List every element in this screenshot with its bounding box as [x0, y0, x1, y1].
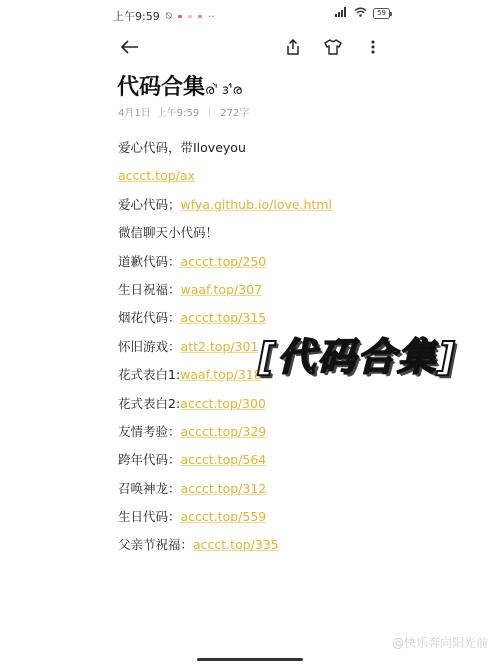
line-label: 花式表白1: [118, 367, 180, 382]
arrow-left-icon [121, 40, 139, 54]
note-line: 爱心代码，带Iloveyou [118, 138, 332, 166]
more-vertical-icon [371, 40, 375, 54]
line-label: 爱心代码，带Iloveyou [118, 140, 246, 155]
divider [209, 107, 210, 117]
notification-icon [198, 15, 202, 18]
line-link[interactable]: accct.top/559 [181, 509, 267, 524]
line-label: 微信聊天小代码！ [118, 225, 218, 240]
signal-icon [334, 7, 348, 20]
line-label: 父亲节祝福： [118, 537, 193, 552]
line-label: 烟花代码： [118, 310, 181, 325]
word-count: 272字 [220, 104, 249, 119]
back-button[interactable] [119, 36, 141, 58]
note-time: 上午9:59 [157, 104, 199, 119]
note-line: 微信聊天小代码！ [118, 223, 332, 251]
line-label: 生日祝福： [118, 282, 181, 297]
notification-icon [178, 15, 182, 18]
tshirt-icon [324, 39, 342, 55]
note-line: 父亲节祝福：accct.top/335 [118, 535, 332, 563]
line-label: 怀旧游戏： [118, 339, 181, 354]
share-button[interactable] [282, 36, 304, 58]
note-line: 花式表白2:accct.top/300 [118, 394, 332, 422]
toolbar [0, 30, 500, 62]
note-line: 生日祝福：waaf.top/307 [118, 280, 332, 308]
watermark: @快乐奔向阳光前 [392, 634, 488, 651]
line-label: 召唤神龙： [118, 481, 181, 496]
line-label: 跨年代码： [118, 452, 181, 467]
line-link[interactable]: accct.top/312 [181, 481, 267, 496]
note-date: 4月1日 [118, 104, 151, 119]
note-line: accct.top/ax [118, 166, 332, 194]
line-label: 友情考验： [118, 424, 181, 439]
line-link[interactable]: waaf.top/318 [180, 367, 262, 382]
note-line: 生日代码：accct.top/559 [118, 507, 332, 535]
share-icon [286, 39, 300, 55]
line-label: 生日代码： [118, 509, 181, 524]
note-line: 召唤神龙：accct.top/312 [118, 479, 332, 507]
status-bar: 上午9:59 ⍉ ·· 59 [0, 0, 500, 28]
more-notifications-icon: ·· [208, 10, 215, 23]
notification-icon [188, 15, 192, 18]
wifi-icon [354, 7, 367, 20]
line-link[interactable]: accct.top/ax [118, 168, 195, 183]
line-link[interactable]: accct.top/335 [193, 537, 279, 552]
home-indicator[interactable] [197, 658, 303, 661]
note-line: 爱心代码；wfya.github.io/love.html [118, 195, 332, 223]
line-link[interactable]: att2.top/301 [181, 339, 259, 354]
line-link[interactable]: waaf.top/307 [181, 282, 263, 297]
line-link[interactable]: accct.top/329 [181, 424, 267, 439]
title-kaomoji: ര'̀ з'́ര [205, 83, 242, 98]
line-label: 道歉代码： [118, 254, 181, 269]
overlay-stamp-text: [代码合集] [258, 326, 457, 381]
status-time: 上午9:59 [113, 8, 160, 24]
line-link[interactable]: accct.top/315 [181, 310, 267, 325]
mute-icon: ⍉ [166, 11, 172, 22]
more-button[interactable] [362, 36, 384, 58]
line-label: 爱心代码； [118, 197, 181, 212]
note-line: 跨年代码：accct.top/564 [118, 450, 332, 478]
title-text: 代码合集 [117, 75, 205, 100]
line-link[interactable]: accct.top/300 [180, 396, 266, 411]
note-line: 道歉代码：accct.top/250 [118, 252, 332, 280]
line-link[interactable]: accct.top/250 [181, 254, 267, 269]
note-meta: 4月1日 上午9:59 272字 [118, 104, 249, 119]
theme-button[interactable] [322, 36, 344, 58]
note-line: 友情考验：accct.top/329 [118, 422, 332, 450]
line-label: 花式表白2: [118, 396, 180, 411]
line-link[interactable]: wfya.github.io/love.html [181, 197, 332, 212]
battery-icon: 59 [373, 8, 390, 19]
note-title[interactable]: 代码合集ര'̀ з'́ര [117, 70, 242, 101]
line-link[interactable]: accct.top/564 [181, 452, 267, 467]
